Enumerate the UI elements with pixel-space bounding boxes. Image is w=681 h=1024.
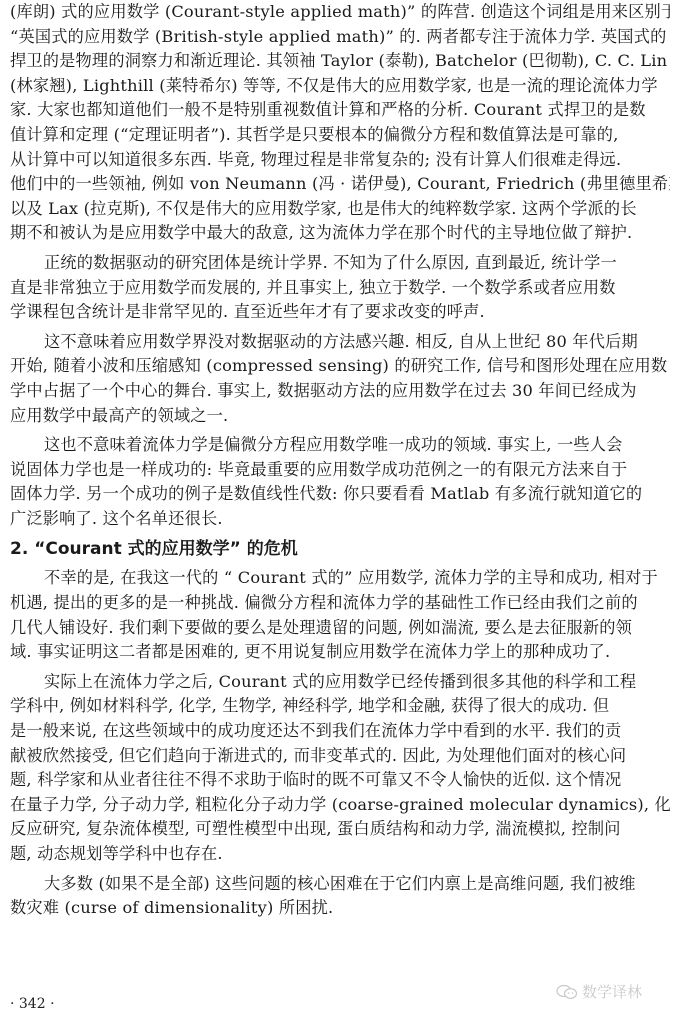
watermark: 数学译林: [556, 981, 642, 1002]
paragraph: 这也不意味着流体力学是偏微分方程应用数学唯一成功的领域. 事实上, 一些人会说固…: [10, 433, 670, 531]
text-line: 捍卫的是物理的洞察力和渐近理论. 其领袖 Taylor (泰勒), Batche…: [10, 49, 670, 74]
text-line: 反应研究, 复杂流体模型, 可塑性模型中出现, 蛋白质结构和动力学, 湍流模拟,…: [10, 817, 670, 842]
section-heading: 2. “Courant 式的应用数学” 的危机: [10, 536, 670, 562]
text-line: 大多数 (如果不是全部) 这些问题的核心困难在于它们内禀上是高维问题, 我们被维: [10, 872, 670, 897]
text-line: 他们中的一些领袖, 例如 von Neumann (冯 · 诺伊曼), Cour…: [10, 172, 670, 197]
text-line: 应用数学中最高产的领域之一.: [10, 404, 670, 429]
text-line: 实际上在流体力学之后, Courant 式的应用数学已经传播到很多其他的科学和工…: [10, 670, 670, 695]
text-line: 这不意味着应用数学界没对数据驱动的方法感兴趣. 相反, 自从上世纪 80 年代后…: [10, 330, 670, 355]
text-line: 不幸的是, 在我这一代的 “ Courant 式的” 应用数学, 流体力学的主导…: [10, 566, 670, 591]
text-line: 固体力学. 另一个成功的例子是数值线性代数: 你只要看看 Matlab 有多流行…: [10, 482, 670, 507]
text-line: 学中占据了一个中心的舞台. 事实上, 数据驱动方法的应用数学在过去 30 年间已…: [10, 379, 670, 404]
text-line: 数灾难 (curse of dimensionality) 所困扰.: [10, 896, 670, 921]
document-page: (库朗) 式的应用数学 (Courant-style applied math)…: [10, 0, 670, 926]
text-line: 学科中, 例如材料科学, 化学, 生物学, 神经科学, 地学和金融, 获得了很大…: [10, 694, 670, 719]
text-line: 以及 Lax (拉克斯), 不仅是伟大的应用数学家, 也是伟大的纯粹数学家. 这…: [10, 197, 670, 222]
text-line: 家. 大家也都知道他们一般不是特别重视数值计算和严格的分析. Courant 式…: [10, 98, 670, 123]
text-line: (库朗) 式的应用数学 (Courant-style applied math)…: [10, 0, 670, 25]
text-line: 正统的数据驱动的研究团体是统计学界. 不知为了什么原因, 直到最近, 统计学一: [10, 251, 670, 276]
paragraph: 大多数 (如果不是全部) 这些问题的核心困难在于它们内禀上是高维问题, 我们被维…: [10, 872, 670, 921]
paragraph: 正统的数据驱动的研究团体是统计学界. 不知为了什么原因, 直到最近, 统计学一直…: [10, 251, 670, 325]
text-line: “英国式的应用数学 (British-style applied math)” …: [10, 25, 670, 50]
paragraph: 实际上在流体力学之后, Courant 式的应用数学已经传播到很多其他的科学和工…: [10, 670, 670, 867]
paragraph: (库朗) 式的应用数学 (Courant-style applied math)…: [10, 0, 670, 246]
text-line: 期不和被认为是应用数学中最大的敌意, 这为流体力学在那个时代的主导地位做了辩护.: [10, 221, 670, 246]
text-line: 开始, 随着小波和压缩感知 (compressed sensing) 的研究工作…: [10, 354, 670, 379]
text-line: 题, 科学家和从业者往往不得不求助于临时的既不可靠又不令人愉快的近似. 这个情况: [10, 768, 670, 793]
paragraph: 不幸的是, 在我这一代的 “ Courant 式的” 应用数学, 流体力学的主导…: [10, 566, 670, 664]
text-line: 是一般来说, 在这些领域中的成功度还达不到我们在流体力学中看到的水平. 我们的贡: [10, 719, 670, 744]
page-number: · 342 ·: [10, 996, 55, 1012]
watermark-text: 数学译林: [582, 981, 642, 1002]
body-text-after-heading: 不幸的是, 在我这一代的 “ Courant 式的” 应用数学, 流体力学的主导…: [10, 566, 670, 920]
wechat-icon: [556, 984, 578, 1000]
text-line: 在量子力学, 分子动力学, 粗粒化分子动力学 (coarse-grained m…: [10, 793, 670, 818]
text-line: 从计算中可以知道很多东西. 毕竟, 物理过程是非常复杂的; 没有计算人们很难走得…: [10, 148, 670, 173]
text-line: 几代人铺设好. 我们剩下要做的要么是处理遗留的问题, 例如湍流, 要么是去征服新…: [10, 616, 670, 641]
text-line: 题, 动态规划等学科中也存在.: [10, 842, 670, 867]
text-line: (林家翘), Lighthill (莱特希尔) 等等, 不仅是伟大的应用数学家,…: [10, 74, 670, 99]
text-line: 这也不意味着流体力学是偏微分方程应用数学唯一成功的领域. 事实上, 一些人会: [10, 433, 670, 458]
text-line: 说固体力学也是一样成功的: 毕竟最重要的应用数学成功范例之一的有限元方法来自于: [10, 458, 670, 483]
text-line: 域. 事实证明这二者都是困难的, 更不用说复制应用数学在流体力学上的那种成功了.: [10, 640, 670, 665]
text-line: 值计算和定理 (“定理证明者”). 其哲学是只要根本的偏微分方程和数值算法是可靠…: [10, 123, 670, 148]
text-line: 学课程包含统计是非常罕见的. 直至近些年才有了要求改变的呼声.: [10, 300, 670, 325]
paragraph: 这不意味着应用数学界没对数据驱动的方法感兴趣. 相反, 自从上世纪 80 年代后…: [10, 330, 670, 428]
text-line: 机遇, 提出的更多的是一种挑战. 偏微分方程和流体力学的基础性工作已经由我们之前…: [10, 591, 670, 616]
text-line: 广泛影响了. 这个名单还很长.: [10, 507, 670, 532]
text-line: 直是非常独立于应用数学而发展的, 并且事实上, 独立于数学. 一个数学系或者应用…: [10, 276, 670, 301]
body-text-before-heading: (库朗) 式的应用数学 (Courant-style applied math)…: [10, 0, 670, 531]
text-line: 献被欣然接受, 但它们趋向于渐进式的, 而非变革式的. 因此, 为处理他们面对的…: [10, 744, 670, 769]
